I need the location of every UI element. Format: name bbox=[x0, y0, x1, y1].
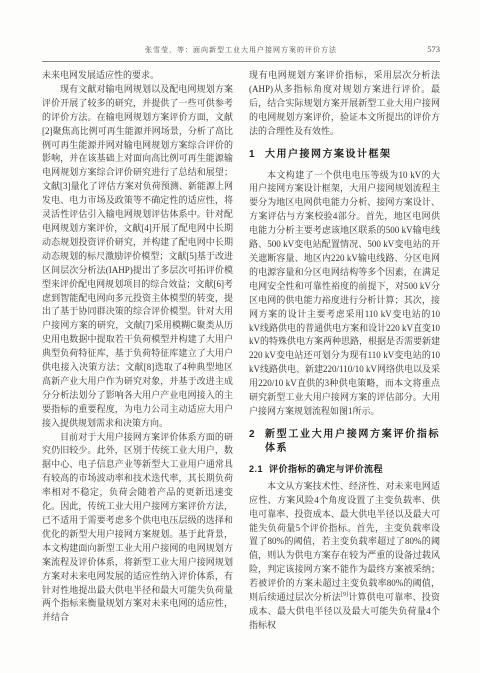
section-title: 大用户接网方案设计框架 bbox=[265, 148, 440, 162]
paragraph: 目前对于大用户接网方案评价体系方面的研究仍旧较少。此外，区别于传统工业大用户，数… bbox=[42, 431, 233, 626]
page-number: 573 bbox=[427, 44, 440, 54]
right-column: 现有电网规划方案评价指标，采用层次分析法(AHP)从多指标角度对规划方案进行评价… bbox=[249, 69, 440, 633]
section-number: 1 bbox=[249, 148, 265, 162]
section-2-1-heading: 2.1 评价指标的确定与评价流程 bbox=[249, 463, 440, 476]
page-header: 张雪莹，等：面向新型工业大用户接网方案的评价方法 573 bbox=[42, 45, 440, 57]
paragraph: 本文从方案技术性、经济性、对未来电网适应性、方案风险4个角度设置了主变负载率、供… bbox=[249, 480, 440, 633]
paragraph: 现有电网规划方案评价指标，采用层次分析法(AHP)从多指标角度对规划方案进行评价… bbox=[249, 69, 440, 139]
subsection-number: 2.1 bbox=[249, 463, 269, 476]
subsection-title: 评价指标的确定与评价流程 bbox=[269, 463, 440, 476]
reference-marker: [9] bbox=[341, 592, 348, 598]
paragraph: 未来电网发展适应性的要求。 bbox=[42, 69, 233, 83]
section-number: 2 bbox=[249, 428, 265, 456]
paragraph: 现有文献对输电网规划以及配电网规划方案评价开展了较多的研究，并提供了一些可供参考… bbox=[42, 83, 233, 431]
section-title: 新型工业大用户接网方案评价指标体系 bbox=[265, 428, 440, 456]
paragraph-text: 本文从方案技术性、经济性、对未来电网适应性、方案风险4个角度设置了主变负载率、供… bbox=[249, 481, 440, 602]
paragraph: 本文构建了一个供电电压等级为10 kV的大用户接网方案设计框架，大用户接网规划流… bbox=[249, 169, 440, 419]
section-2-heading: 2 新型工业大用户接网方案评价指标体系 bbox=[249, 428, 440, 456]
two-column-body: 未来电网发展适应性的要求。 现有文献对输电网规划以及配电网规划方案评价开展了较多… bbox=[42, 69, 440, 633]
left-column: 未来电网发展适应性的要求。 现有文献对输电网规划以及配电网规划方案评价开展了较多… bbox=[42, 69, 233, 633]
running-title: 张雪莹，等：面向新型工业大用户接网方案的评价方法 bbox=[42, 45, 440, 55]
header-rule bbox=[42, 61, 440, 62]
section-1-heading: 1 大用户接网方案设计框架 bbox=[249, 148, 440, 162]
paper-page: 张雪莹，等：面向新型工业大用户接网方案的评价方法 573 未来电网发展适应性的要… bbox=[0, 0, 480, 673]
